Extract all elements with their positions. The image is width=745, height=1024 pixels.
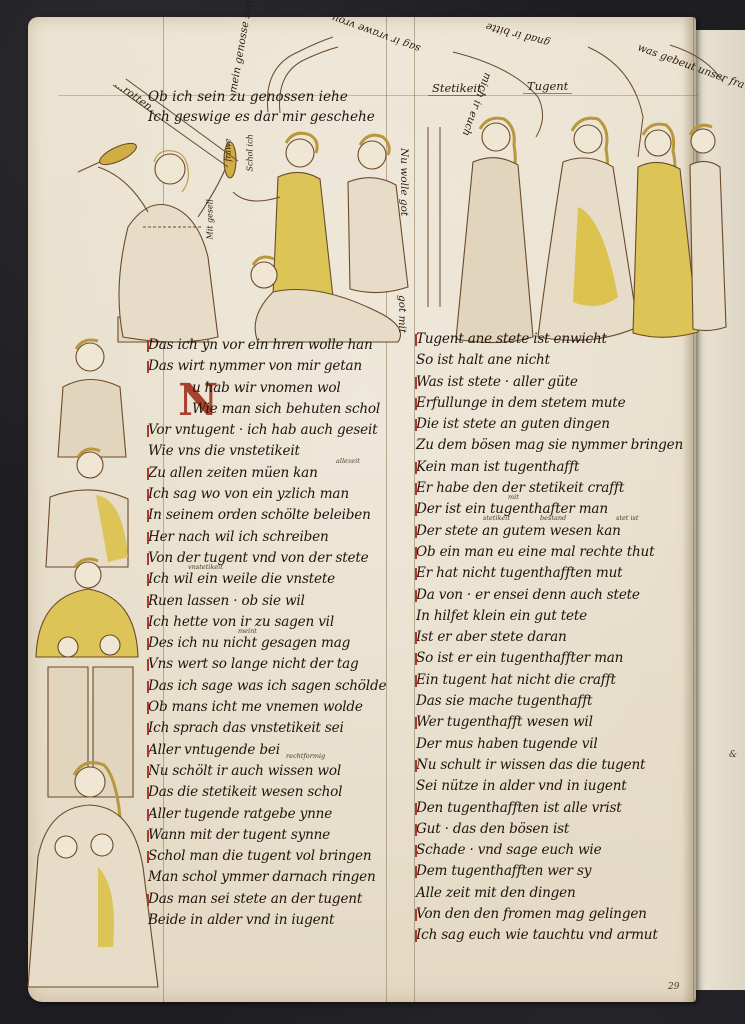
- verse-line: Der stete an gutem wesen kan: [416, 521, 696, 542]
- verse-line: Den tugenthafften ist alle vrist: [416, 798, 696, 819]
- verse-line: Wann mit der tugent synne: [148, 825, 393, 846]
- verse-line: Tugent ane stete ist enwicht: [416, 329, 696, 350]
- verse-line: Ich sag wo von ein yzlich man: [148, 484, 393, 505]
- scroll-text-schol-ich: Schol ich: [246, 134, 255, 171]
- left-text-column: Das ich yn vor ein hren wolle han Das wi…: [148, 335, 393, 931]
- verse-line: So ist er ein tugenthaffter man: [416, 648, 696, 669]
- gloss: vnstetikeit: [188, 563, 223, 571]
- verse-line: Was ist stete · aller güte: [416, 372, 696, 393]
- scroll-text-top-right-2: gnad ir bitte: [484, 20, 551, 49]
- verse-line: Da von · er ensei denn auch stete: [416, 585, 696, 606]
- gloss: bestand: [540, 514, 566, 522]
- verse-line: Die ist stete an guten dingen: [416, 414, 696, 435]
- verse-line: Das sie mache tugenthafft: [416, 691, 696, 712]
- scroll-text-mit-gesell: Mit gesell: [206, 199, 215, 239]
- verse-line: Ob ein man eu eine mal rechte thut: [416, 542, 696, 563]
- verse-line: Wie man sich behuten schol: [148, 399, 393, 420]
- scroll-text-frawe: frawe: [224, 138, 233, 161]
- verse-line: Ich sprach das vnstetikeit sei: [148, 718, 393, 739]
- verse-line: Vor vntugent · ich hab auch geseit: [148, 420, 393, 441]
- woman-tugent-seated: [538, 118, 638, 340]
- verse-line: Ist er aber stete daran: [416, 627, 696, 648]
- verse-line: Von der tugent vnd von der stete: [148, 548, 393, 569]
- scroll-text-top-right-1: sag ir vrawe vrou: [330, 11, 422, 54]
- verse-line: Sei nütze in alder vnd in iugent: [416, 776, 696, 797]
- verse-line: Ruen lassen · ob sie wil: [148, 591, 393, 612]
- gloss: stetikeit: [483, 514, 510, 522]
- verse-line: Kein man ist tugenthafft: [416, 457, 696, 478]
- verse-line: Aller tugende ratgebe ynne: [148, 804, 393, 825]
- verse-line: Zu dem bösen mag sie nymmer bringen: [416, 435, 696, 456]
- verse-line: Beide in alder vnd in iugent: [148, 910, 393, 931]
- woman-yellow-gown: [633, 124, 698, 337]
- header-line-1: Ob ich sein zu genossen iehe: [148, 89, 348, 105]
- verse-line: Ob mans icht me vnemen wolde: [148, 697, 393, 718]
- verse-line: Vns wert so lange nicht der tag: [148, 654, 393, 675]
- verse-line: Schol man die tugent vol bringen: [148, 846, 393, 867]
- verse-line: Erfullunge in dem stetem mute: [416, 393, 696, 414]
- verse-line: In seinem orden schölte beleiben: [148, 505, 393, 526]
- verse-line: Aller vntugende bei: [148, 740, 393, 761]
- verse-line: Von den den fromen mag gelingen: [416, 904, 696, 925]
- header-line-2: Ich geswige es dar mir geschehe: [148, 109, 375, 125]
- verse-line: Nu schult ir wissen das die tugent: [416, 755, 696, 776]
- verse-line: Das man sei stete an der tugent: [148, 889, 393, 910]
- verse-line: Das die stetikeit wesen schol: [148, 782, 393, 803]
- verse-line: Schade · vnd sage euch wie: [416, 840, 696, 861]
- verse-line: Ich wil ein weile die vnstete: [148, 569, 393, 590]
- label-stetikeit: Stetikeit: [428, 81, 486, 96]
- scroll-text-nu-wolle-got: Nu wolle got: [398, 148, 410, 216]
- scroll-text-got-mit: got mit: [396, 295, 408, 333]
- verse-line: Alle zeit mit den dingen: [416, 883, 696, 904]
- facing-page-mark: &: [729, 750, 737, 760]
- verse-line: Das wirt nymmer von mir getan: [148, 356, 393, 377]
- folio-mark: 29: [668, 982, 679, 992]
- verse-line: Dem tugenthafften wer sy: [416, 861, 696, 882]
- verse-line: Der mus haben tugende vil: [416, 734, 696, 755]
- verse-line: Her nach wil ich schreiben: [148, 527, 393, 548]
- verse-line: Nu schölt ir auch wissen wol: [148, 761, 393, 782]
- verse-line: Man schol ymmer darnach ringen: [148, 867, 393, 888]
- verse-line: Ein tugent hat nicht die crafft: [416, 670, 696, 691]
- gloss: mit: [508, 493, 519, 501]
- woman-stetikeit: [456, 118, 533, 342]
- verse-line: Gut · das den bösen ist: [416, 819, 696, 840]
- seated-woman-figure: [78, 139, 236, 342]
- verse-line: Das ich yn vor ein hren wolle han: [148, 335, 393, 356]
- verse-line: u hab wir vnomen wol: [148, 378, 393, 399]
- gloss: rechtformig: [286, 752, 325, 760]
- verse-line: Des ich nu nicht gesagen mag: [148, 633, 393, 654]
- verse-line: Er hat nicht tugenthafften mut: [416, 563, 696, 584]
- verse-line: Ich hette von ir zu sagen vil: [148, 612, 393, 633]
- gloss: stet ist: [616, 514, 639, 522]
- manuscript-page: ...rotten... mein genosse sein frawe Sch…: [28, 17, 696, 1002]
- verse-line: Das ich sage was ich sagen schölde: [148, 676, 393, 697]
- label-tugent: Tugent: [523, 79, 572, 94]
- verse-line: Er habe den der stetikeit crafft: [416, 478, 696, 499]
- gloss: meint: [238, 627, 257, 635]
- verse-line: Zu allen zeiten müen kan: [148, 463, 393, 484]
- verse-line: So ist halt ane nicht: [416, 350, 696, 371]
- verse-line: Ich sag euch wie tauchtu vnd armut: [416, 925, 696, 946]
- verse-line: In hilfet klein ein gut tete: [416, 606, 696, 627]
- verse-line: Wer tugenthafft wesen wil: [416, 712, 696, 733]
- gloss: allezeit: [336, 457, 360, 465]
- right-text-column: Tugent ane stete ist enwicht So ist halt…: [416, 329, 696, 947]
